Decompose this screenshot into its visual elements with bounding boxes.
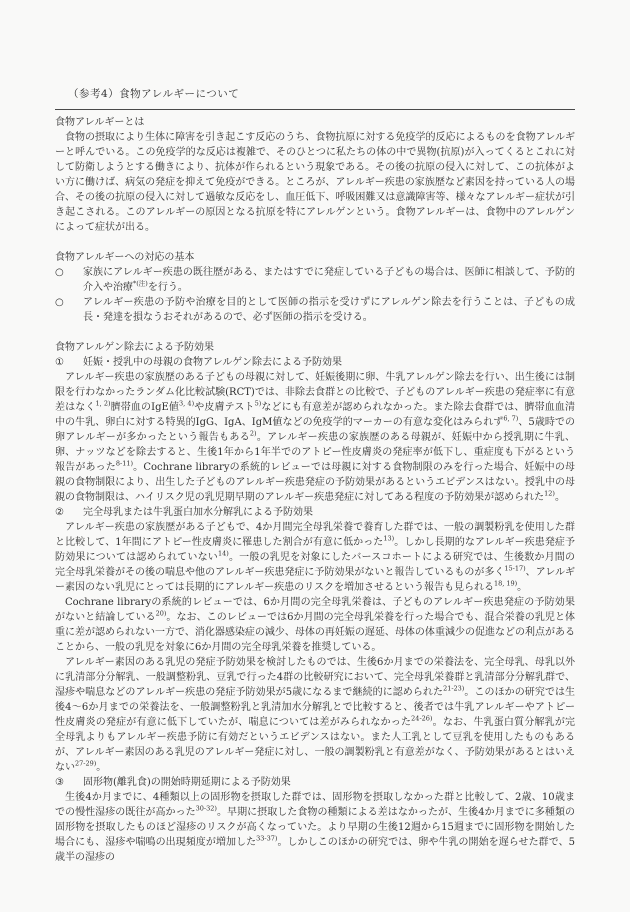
- item-title: 完全母乳または牛乳蛋白加水分解乳による予防効果: [83, 505, 575, 520]
- page-title: （参考4）食物アレルギーについて: [68, 88, 575, 101]
- numbered-item-heading: ② 完全母乳または牛乳蛋白加水分解乳による予防効果: [55, 505, 575, 520]
- numbered-item-heading: ③ 固形物(離乳食)の開始時期延期による予防効果: [55, 775, 575, 790]
- item-title: 固形物(離乳食)の開始時期延期による予防効果: [83, 775, 575, 790]
- section-basics-heading: 食物アレルギーへの対応の基本: [55, 250, 575, 265]
- paragraph: Cochrane libraryの系統的レビューでは、6か月間の完全母乳栄養は、…: [55, 595, 575, 655]
- bullet-item: ○ アレルギー疾患の予防や治療を目的として医師の指示を受けずにアレルゲン除去を行…: [55, 295, 575, 325]
- document-page: （参考4）食物アレルギーについて 食物アレルギーとは 食物の摂取により生体に障害…: [0, 0, 630, 912]
- section-prevention: 食物アレルゲン除去による予防効果 ① 妊娠・授乳中の母親の食物アレルゲン除去によ…: [55, 340, 575, 865]
- paragraph: アレルギー疾患の家族歴がある子どもで、4か月間完全母乳栄養で養育した群では、一般…: [55, 520, 575, 595]
- section-basics: 食物アレルギーへの対応の基本 ○ 家族にアレルギー疾患の既往歴がある、またはすで…: [55, 250, 575, 325]
- circle-marker: ○: [55, 295, 83, 325]
- item-marker: ③: [55, 775, 83, 790]
- item-title: 妊娠・授乳中の母親の食物アレルゲン除去による予防効果: [83, 355, 575, 370]
- item-marker: ①: [55, 355, 83, 370]
- section-definition-heading: 食物アレルギーとは: [55, 115, 575, 130]
- section-prevention-heading: 食物アレルゲン除去による予防効果: [55, 340, 575, 355]
- spacer: [55, 325, 575, 340]
- paragraph: アレルギー素因のある乳児の発症予防効果を検討したものでは、生後6か月までの栄養法…: [55, 655, 575, 775]
- bullet-item: ○ 家族にアレルギー疾患の既往歴がある、またはすでに発症している子どもの場合は、…: [55, 265, 575, 295]
- paragraph: アレルギー疾患の家族歴のある子どもの母親に対して、妊娠後期に卵、牛乳アレルゲン除…: [55, 370, 575, 505]
- circle-marker: ○: [55, 265, 83, 295]
- bullet-text: 家族にアレルギー疾患の既往歴がある、またはすでに発症している子どもの場合は、医師…: [83, 265, 575, 295]
- title-divider: [55, 109, 575, 110]
- numbered-item-heading: ① 妊娠・授乳中の母親の食物アレルゲン除去による予防効果: [55, 355, 575, 370]
- bullet-text: アレルギー疾患の予防や治療を目的として医師の指示を受けずにアレルゲン除去を行うこ…: [83, 295, 575, 325]
- item-marker: ②: [55, 505, 83, 520]
- definition-paragraph: 食物の摂取により生体に障害を引き起こす反応のうち、食物抗原に対する免疫学的反応に…: [55, 130, 575, 235]
- paragraph: 生後4か月までに、4種類以上の固形物を摂取した群では、固形物を摂取しなかった群と…: [55, 790, 575, 865]
- spacer: [55, 235, 575, 250]
- section-definition: 食物アレルギーとは 食物の摂取により生体に障害を引き起こす反応のうち、食物抗原に…: [55, 115, 575, 235]
